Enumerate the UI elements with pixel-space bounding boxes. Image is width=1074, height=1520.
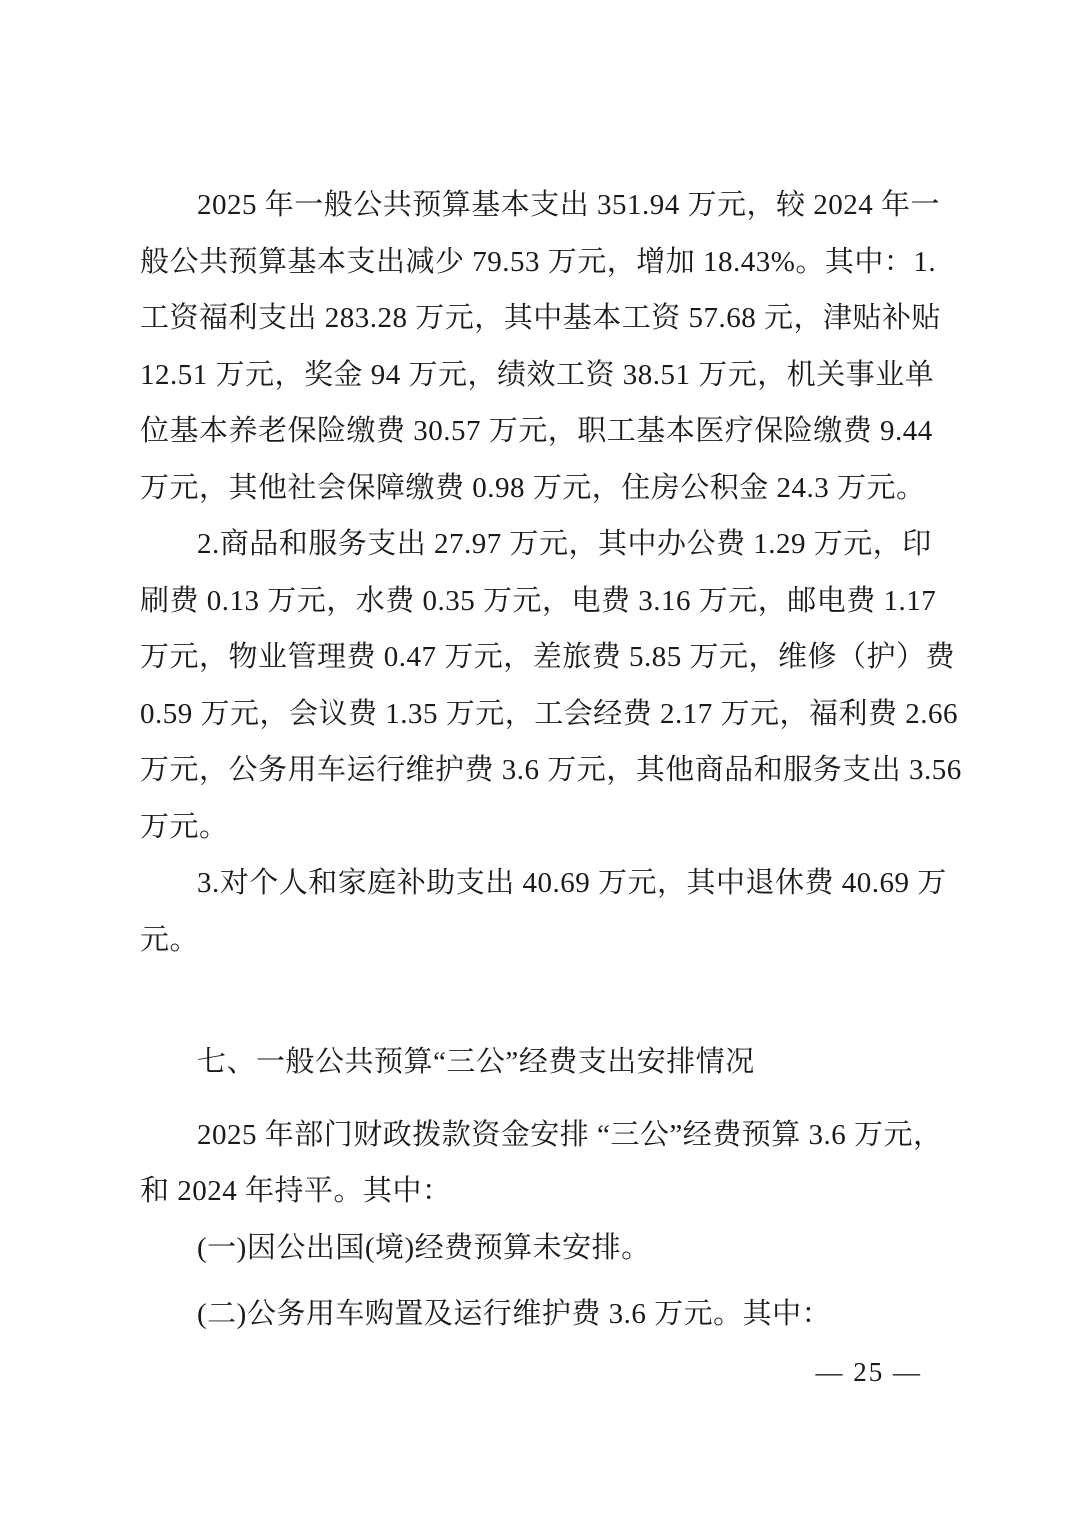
paragraph-line: 2.商品和服务支出 27.97 万元，其中办公费 1.29 万元，印 [140,516,940,573]
paragraph-line: 万元，其他社会保障缴费 0.98 万元，住房公积金 24.3 万元。 [140,460,940,517]
list-item: (二)公务用车购置及运行维护费 3.6 万元。其中： [140,1286,940,1343]
paragraph-line: 3.对个人和家庭补助支出 40.69 万元，其中退休费 40.69 万 [140,855,940,912]
paragraph-line: 万元。 [140,799,940,856]
section-heading: 七、一般公共预算“三公”经费支出安排情况 [140,1034,940,1091]
paragraph-line: 0.59 万元，会议费 1.35 万元，工会经费 2.17 万元，福利费 2.6… [140,686,940,743]
paragraph-line: 和 2024 年持平。其中： [140,1163,940,1220]
page-number: — 25 — [816,1350,923,1394]
paragraph-line: 2025 年一般公共预算基本支出 351.94 万元，较 2024 年一 [140,177,940,234]
paragraph-line: 12.51 万元，奖金 94 万元，绩效工资 38.51 万元，机关事业单 [140,347,940,404]
document-page: 2025 年一般公共预算基本支出 351.94 万元，较 2024 年一 般公共… [0,0,1074,1520]
paragraph-line: 2025 年部门财政拨款资金安排 “三公”经费预算 3.6 万元， [140,1107,940,1164]
list-item: (一)因公出国(境)经费预算未安排。 [140,1220,940,1277]
paragraph-line: 刷费 0.13 万元，水费 0.35 万元，电费 3.16 万元，邮电费 1.1… [140,573,940,630]
paragraph-line: 元。 [140,912,940,969]
paragraph-line: 般公共预算基本支出减少 79.53 万元，增加 18.43%。其中：1. [140,234,940,291]
paragraph-line: 工资福利支出 283.28 万元，其中基本工资 57.68 元，津贴补贴 [140,290,940,347]
page-content: 2025 年一般公共预算基本支出 351.94 万元，较 2024 年一 般公共… [140,177,940,1343]
paragraph-line: 位基本养老保险缴费 30.57 万元，职工基本医疗保险缴费 9.44 [140,403,940,460]
paragraph-line: 万元，物业管理费 0.47 万元，差旅费 5.85 万元，维修（护）费 [140,629,940,686]
paragraph-line: 万元，公务用车运行维护费 3.6 万元，其他商品和服务支出 3.56 [140,742,940,799]
